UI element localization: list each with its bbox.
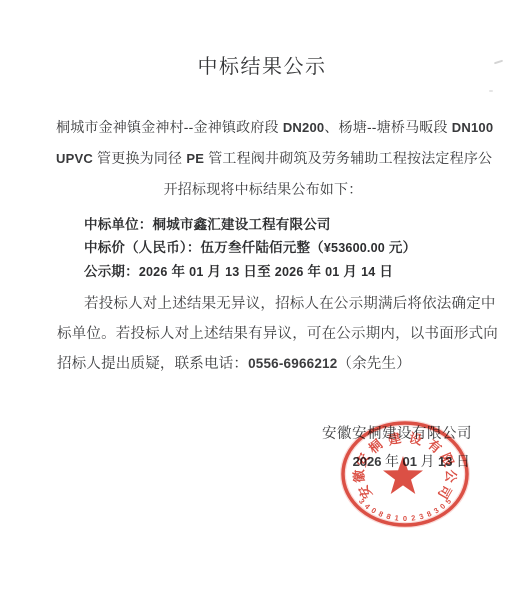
text-segment: PE — [186, 151, 204, 166]
document-title: 中标结果公示 — [0, 50, 524, 79]
seal-glyph: 0 — [369, 506, 378, 516]
seal-glyph: 5 — [443, 497, 453, 506]
seal-glyph: 3 — [357, 497, 367, 506]
signature-company: 安徽安桐建设有限公司 — [322, 422, 472, 443]
seal-glyph: 0 — [403, 514, 407, 523]
award-winner-line: 中标单位：桐城市鑫汇建设工程有限公司 — [84, 213, 484, 236]
seal-glyph: 2 — [411, 513, 416, 523]
scan-artifact — [489, 90, 493, 92]
text-segment: DN100 — [452, 120, 494, 135]
publicity-period-line: 公示期：2026 年 01 月 13 日至 2026 年 01 月 14 日 — [84, 260, 484, 284]
text-segment: 2026 — [139, 265, 168, 279]
seal-glyph: 4 — [363, 502, 373, 512]
text-segment: 管工程阀井砌筑及劳务辅助工程按法定程序公 — [204, 150, 492, 166]
text-segment: 月 — [417, 455, 438, 470]
text-segment: 01 — [325, 265, 339, 279]
text-segment: 2026 — [353, 454, 382, 469]
text-segment: 年 — [382, 455, 403, 470]
paragraph-line: UPVC 管更换为同径 PE 管工程阀井砌筑及劳务辅助工程按法定程序公 — [56, 143, 470, 174]
document-page: 中标结果公示 桐城市金神镇金神村--金神镇政府段 DN200、杨塘--塘桥马畈段… — [0, 0, 524, 599]
text-segment: 13 — [438, 454, 452, 469]
seal-glyph: 1 — [394, 513, 399, 523]
text-segment: ¥53600.00 — [324, 241, 385, 255]
text-segment: 中标单位：桐城市鑫汇建设工程有限公司 — [84, 217, 331, 232]
text-segment: 0556-6966212 — [248, 356, 337, 371]
paragraph-line: 桐城市金神镇金神村--金神镇政府段 DN200、杨塘--塘桥马畈段 DN100 — [56, 112, 470, 143]
text-segment: 月 — [339, 264, 361, 279]
paragraph-line: 若投标人对上述结果无异议，招标人在公示期满后将依法确定中 — [57, 289, 471, 319]
text-segment: 01 — [403, 454, 417, 469]
text-segment: 13 — [225, 265, 239, 279]
objection-paragraph: 若投标人对上述结果无异议，招标人在公示期满后将依法确定中 标单位。若投标人对上述… — [57, 289, 471, 379]
text-segment: 年 — [304, 264, 326, 279]
seal-glyph: 徽 — [351, 469, 367, 483]
seal-glyph: 8 — [425, 509, 433, 519]
text-segment: 招标人提出质疑，联系电话： — [57, 356, 248, 372]
seal-glyph: 3 — [432, 506, 441, 516]
seal-glyph: 安 — [355, 483, 374, 502]
paragraph-line: 标单位。若投标人对上述结果有异议，可在公示期内，以书面形式向 — [57, 319, 471, 349]
text-segment: 年 — [168, 264, 190, 279]
seal-glyph: 8 — [385, 512, 392, 522]
award-price-line: 中标价（人民币）：伍万叁仟陆佰元整（¥53600.00 元） — [84, 236, 484, 260]
seal-number-text: 3408810238305 — [357, 497, 453, 523]
signature-date: 2026 年 01 月 13 日 — [353, 451, 470, 471]
seal-glyph: 8 — [377, 509, 385, 519]
text-segment: UPVC — [56, 151, 93, 166]
text-segment: 14 — [361, 265, 375, 279]
text-segment: 月 — [204, 264, 226, 279]
text-segment: 中标价（人民币）：伍万叁仟陆佰元整（ — [84, 240, 324, 255]
text-segment: 、杨塘--塘桥马畈段 — [324, 119, 451, 135]
text-segment: 元） — [385, 240, 416, 255]
text-segment: 日 — [453, 455, 471, 470]
paragraph-line: 招标人提出质疑，联系电话：0556-6966212（余先生） — [57, 349, 471, 379]
paragraph-line: 开招标现将中标结果公布如下： — [56, 174, 470, 204]
seal-glyph: 公 — [443, 469, 459, 484]
intro-paragraph: 桐城市金神镇金神村--金神镇政府段 DN200、杨塘--塘桥马畈段 DN100 … — [56, 112, 470, 204]
text-segment: 01 — [189, 265, 203, 279]
text-segment: 公示期： — [84, 264, 139, 279]
text-segment: 日至 — [239, 264, 274, 279]
seal-glyph: 0 — [438, 502, 447, 511]
seal-glyph: 3 — [418, 512, 425, 522]
text-segment: 2026 — [275, 265, 304, 279]
text-segment: （余先生） — [337, 356, 411, 372]
award-info: 中标单位：桐城市鑫汇建设工程有限公司 中标价（人民币）：伍万叁仟陆佰元整（¥53… — [84, 213, 484, 284]
text-segment: 管更换为同径 — [93, 150, 186, 166]
text-segment: 桐城市金神镇金神村--金神镇政府段 — [56, 119, 283, 135]
seal-glyph: 司 — [435, 483, 454, 502]
text-segment: DN200 — [283, 120, 325, 135]
text-segment: 日 — [375, 264, 393, 279]
